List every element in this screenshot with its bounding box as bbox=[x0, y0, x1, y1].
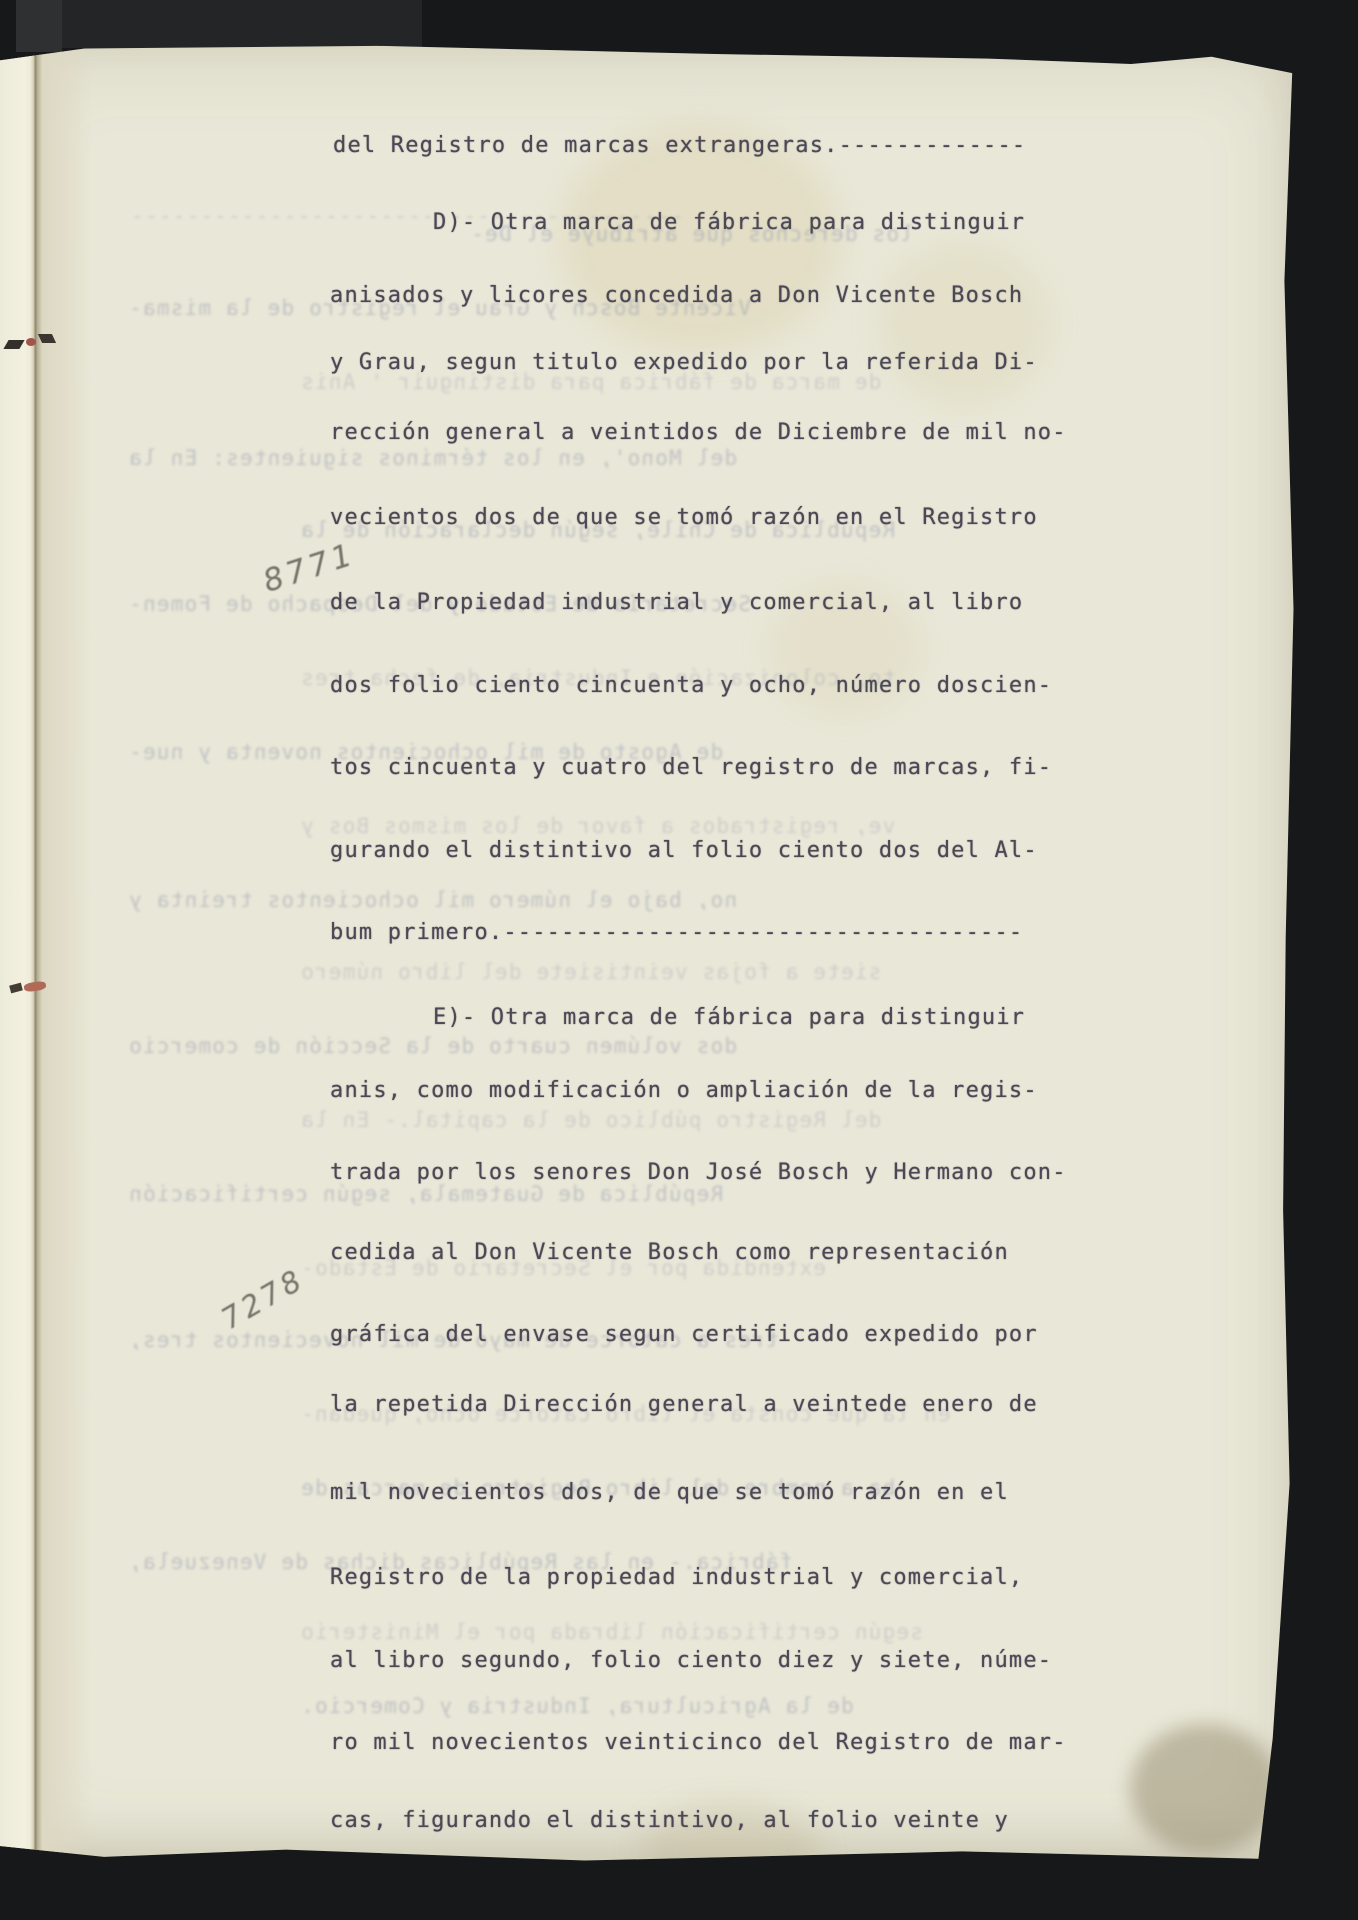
pencil-annotation: 7278 bbox=[216, 1262, 311, 1336]
gutter-fold bbox=[0, 44, 92, 1866]
typed-line: cas, figurando el distintivo, al folio v… bbox=[330, 1808, 1009, 1833]
typed-line: cedida al Don Vicente Bosch como represe… bbox=[330, 1240, 1009, 1265]
typed-line: gráfica del envase segun certificado exp… bbox=[330, 1322, 1038, 1347]
ghost-bleedthrough-line: siete a fojas veintisiete del libro núme… bbox=[300, 960, 881, 984]
spine-shadow-strip bbox=[16, 0, 62, 52]
typed-line: y Grau, segun titulo expedido por la ref… bbox=[330, 350, 1038, 375]
typed-line: vecientos dos de que se tomó razón en el… bbox=[330, 505, 1038, 530]
paper-stain bbox=[1130, 1724, 1280, 1854]
ghost-bleedthrough-line: del Registro público de la capital.- En … bbox=[300, 1108, 881, 1132]
typed-line: Registro de la propiedad industrial y co… bbox=[330, 1565, 1023, 1590]
ghost-bleedthrough-line: ve, registrados a favor de los mismos Bo… bbox=[300, 814, 895, 838]
typed-line: E)- Otra marca de fábrica para distingui… bbox=[433, 1005, 1025, 1030]
typed-line: ro mil novecientos veinticinco del Regis… bbox=[330, 1730, 1067, 1755]
ghost-bleedthrough-line: dos volúmen cuarto de la Sección de come… bbox=[128, 1034, 737, 1058]
paper-sheet: ----------------------------------------… bbox=[0, 44, 1300, 1866]
spine-shadow-strip bbox=[62, 0, 422, 48]
typed-line: gurando el distintivo al folio ciento do… bbox=[330, 838, 1038, 863]
typed-line: D)- Otra marca de fábrica para distingui… bbox=[433, 210, 1025, 235]
typed-line: rección general a veintidos de Diciembre… bbox=[330, 420, 1067, 445]
typed-line: al libro segundo, folio ciento diez y si… bbox=[330, 1648, 1052, 1673]
ghost-bleedthrough-line: no, bajo el número mil ochocientos trein… bbox=[128, 888, 737, 912]
typed-line: del Registro de marcas extrangeras.-----… bbox=[333, 133, 1026, 158]
typed-line: mil novecientos dos, de que se tomó razó… bbox=[330, 1480, 1009, 1505]
scanned-document: ----------------------------------------… bbox=[0, 0, 1358, 1920]
typed-line: anisados y licores concedida a Don Vicen… bbox=[330, 283, 1023, 308]
typed-line: trada por los senores Don José Bosch y H… bbox=[330, 1160, 1067, 1185]
typed-line: de la Propiedad industrial y comercial, … bbox=[330, 590, 1023, 615]
typed-line: la repetida Dirección general a veintede… bbox=[330, 1392, 1038, 1417]
binding-stitch bbox=[10, 980, 54, 998]
paper-stain bbox=[880, 244, 1050, 404]
typed-line: tos cincuenta y cuatro del registro de m… bbox=[330, 755, 1052, 780]
ghost-bleedthrough-line: de la Agricultura, Industria y Comercio. bbox=[300, 1694, 854, 1718]
typed-line: anis, como modificación o ampliación de … bbox=[330, 1078, 1038, 1103]
ghost-bleedthrough-line: República de Guatemala, según certificac… bbox=[128, 1182, 723, 1206]
ghost-bleedthrough-line: del Mono', en los términos siguientes: E… bbox=[128, 446, 737, 470]
typed-line: dos folio ciento cincuenta y ocho, númer… bbox=[330, 673, 1052, 698]
binding-stitch bbox=[6, 332, 60, 354]
typed-line: bum primero.----------------------------… bbox=[330, 920, 1023, 945]
ghost-bleedthrough-line: según certificación librada por el Minis… bbox=[300, 1620, 923, 1644]
